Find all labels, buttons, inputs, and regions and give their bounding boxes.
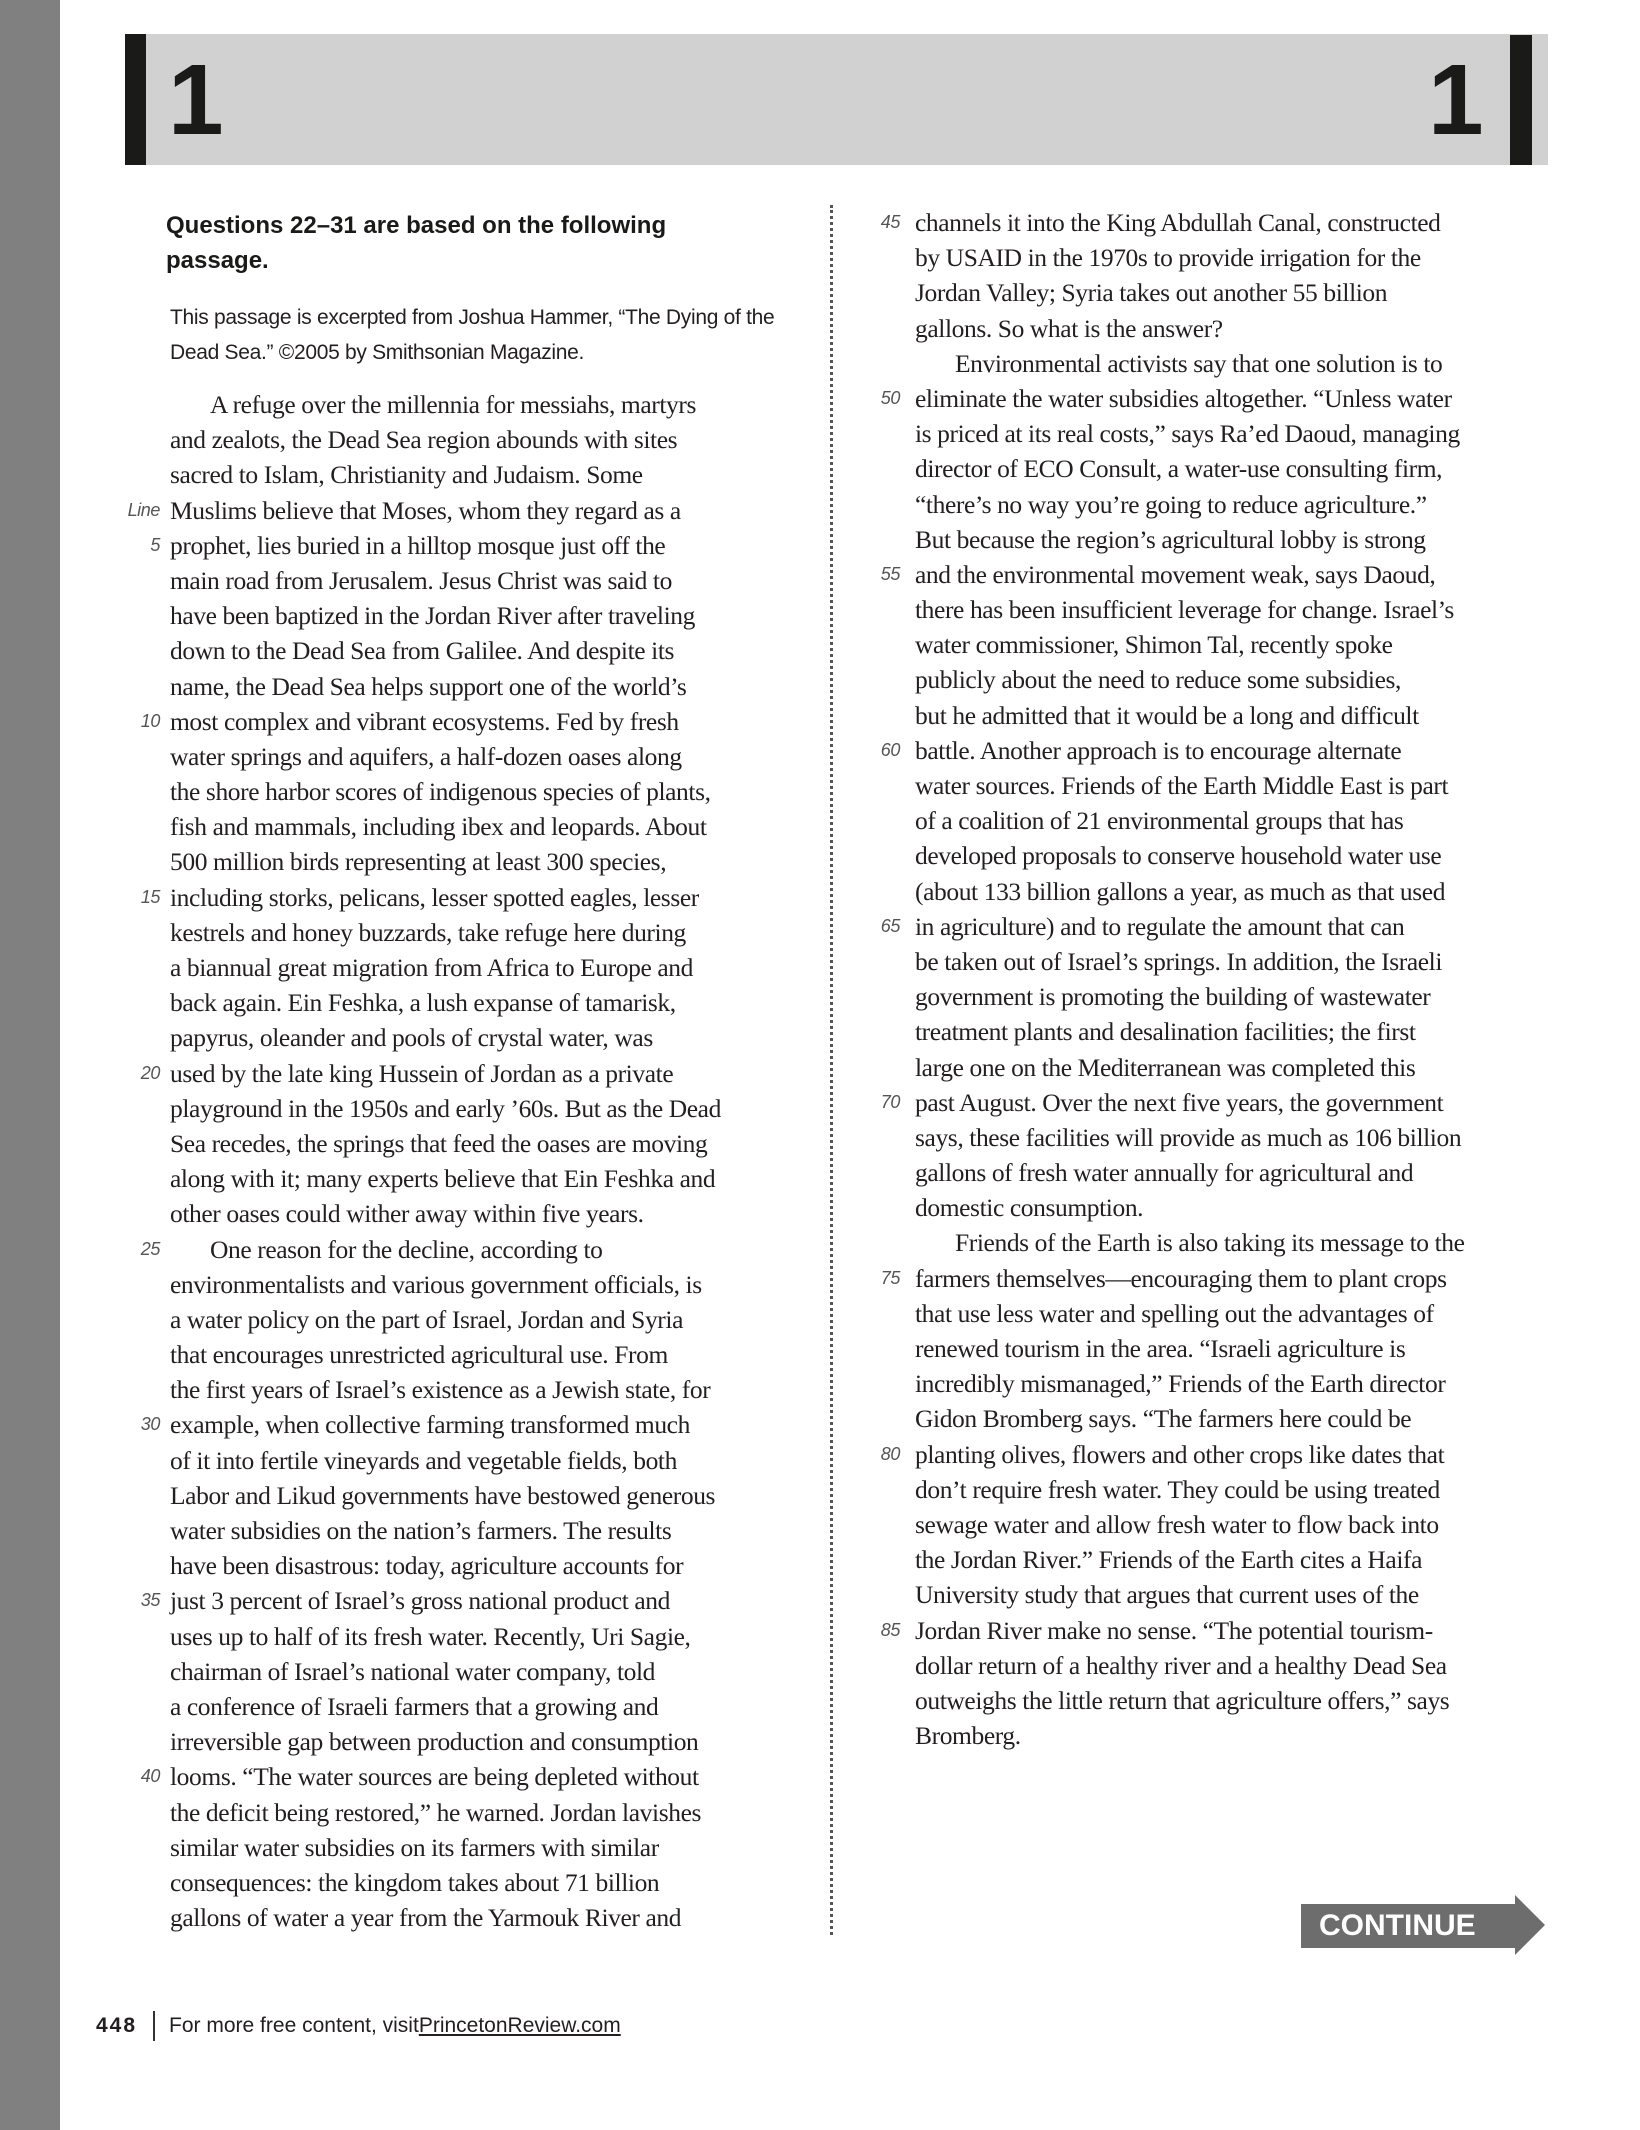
line-text: but he admitted that it would be a long … bbox=[915, 698, 1419, 733]
line-text: battle. Another approach is to encourage… bbox=[915, 733, 1401, 768]
line-text: a water policy on the part of Israel, Jo… bbox=[170, 1302, 683, 1337]
passage-line: Bromberg. bbox=[820, 1718, 1560, 1753]
passage-line: main road from Jerusalem. Jesus Christ w… bbox=[60, 563, 812, 598]
line-text: that use less water and spelling out the… bbox=[915, 1296, 1434, 1331]
line-number: 60 bbox=[800, 733, 900, 768]
line-text: outweighs the little return that agricul… bbox=[915, 1683, 1449, 1718]
passage-line: environmentalists and various government… bbox=[60, 1267, 812, 1302]
passage-line: 85Jordan River make no sense. “The poten… bbox=[820, 1613, 1560, 1648]
passage-line: 15including storks, pelicans, lesser spo… bbox=[60, 880, 812, 915]
line-text: (about 133 billion gallons a year, as mu… bbox=[915, 874, 1445, 909]
line-text: playground in the 1950s and early ’60s. … bbox=[170, 1091, 721, 1126]
passage-line: be taken out of Israel’s springs. In add… bbox=[820, 944, 1560, 979]
passage-line: gallons of water a year from the Yarmouk… bbox=[60, 1900, 812, 1935]
line-text: domestic consumption. bbox=[915, 1190, 1143, 1225]
passage-line: 55and the environmental movement weak, s… bbox=[820, 557, 1560, 592]
line-label: Line bbox=[60, 493, 160, 528]
passage-line: of it into fertile vineyards and vegetab… bbox=[60, 1443, 812, 1478]
line-text: Friends of the Earth is also taking its … bbox=[915, 1225, 1465, 1260]
line-text: just 3 percent of Israel’s gross nationa… bbox=[170, 1583, 670, 1618]
footer-text: For more free content, visit bbox=[169, 2008, 419, 2044]
passage-line: by USAID in the 1970s to provide irrigat… bbox=[820, 240, 1560, 275]
line-text: dollar return of a healthy river and a h… bbox=[915, 1648, 1447, 1683]
line-text: water sources. Friends of the Earth Midd… bbox=[915, 768, 1448, 803]
line-text: is priced at its real costs,” says Ra’ed… bbox=[915, 416, 1460, 451]
line-text: the deficit being restored,” he warned. … bbox=[170, 1795, 701, 1830]
passage-line: water sources. Friends of the Earth Midd… bbox=[820, 768, 1560, 803]
passage-line: similar water subsidies on its farmers w… bbox=[60, 1830, 812, 1865]
passage-line: LineMuslims believe that Moses, whom the… bbox=[60, 493, 812, 528]
arrow-right-icon bbox=[1515, 1895, 1545, 1955]
passage-line: But because the region’s agricultural lo… bbox=[820, 522, 1560, 557]
line-text: looms. “The water sources are being depl… bbox=[170, 1759, 699, 1794]
line-text: Gidon Bromberg says. “The farmers here c… bbox=[915, 1401, 1411, 1436]
passage-line: government is promoting the building of … bbox=[820, 979, 1560, 1014]
passage-line: Labor and Likud governments have bestowe… bbox=[60, 1478, 812, 1513]
line-text: publicly about the need to reduce some s… bbox=[915, 662, 1401, 697]
line-text: University study that argues that curren… bbox=[915, 1577, 1419, 1612]
line-text: channels it into the King Abdullah Canal… bbox=[915, 205, 1441, 240]
line-text: renewed tourism in the area. “Israeli ag… bbox=[915, 1331, 1405, 1366]
passage-line: A refuge over the millennia for messiahs… bbox=[60, 387, 812, 422]
continue-label: CONTINUE bbox=[1319, 1904, 1476, 1948]
footer-separator bbox=[153, 2011, 155, 2041]
line-text: Jordan River make no sense. “The potenti… bbox=[915, 1613, 1433, 1648]
line-text: main road from Jerusalem. Jesus Christ w… bbox=[170, 563, 672, 598]
line-text: and the environmental movement weak, say… bbox=[915, 557, 1435, 592]
passage-line: of a coalition of 21 environmental group… bbox=[820, 803, 1560, 838]
passage-line: 25One reason for the decline, according … bbox=[60, 1232, 812, 1267]
passage-line: Sea recedes, the springs that feed the o… bbox=[60, 1126, 812, 1161]
line-text: fish and mammals, including ibex and leo… bbox=[170, 809, 707, 844]
line-text: used by the late king Hussein of Jordan … bbox=[170, 1056, 673, 1091]
line-number: 10 bbox=[60, 704, 160, 739]
line-text: the Jordan River.” Friends of the Earth … bbox=[915, 1542, 1422, 1577]
line-text: 500 million birds representing at least … bbox=[170, 844, 666, 879]
line-text: the first years of Israel’s existence as… bbox=[170, 1372, 710, 1407]
passage-line: name, the Dead Sea helps support one of … bbox=[60, 669, 812, 704]
passage-line: but he admitted that it would be a long … bbox=[820, 698, 1560, 733]
princeton-review-link[interactable]: PrincetonReview.com bbox=[419, 2008, 621, 2044]
passage-line: is priced at its real costs,” says Ra’ed… bbox=[820, 416, 1560, 451]
line-text: sewage water and allow fresh water to fl… bbox=[915, 1507, 1439, 1542]
passage-line: developed proposals to conserve househol… bbox=[820, 838, 1560, 873]
passage-line: 500 million birds representing at least … bbox=[60, 844, 812, 879]
line-text: environmentalists and various government… bbox=[170, 1267, 702, 1302]
passage-line: the Jordan River.” Friends of the Earth … bbox=[820, 1542, 1560, 1577]
passage-line: University study that argues that curren… bbox=[820, 1577, 1560, 1612]
page-edge-bar bbox=[0, 0, 60, 2130]
line-text: water springs and aquifers, a half-dozen… bbox=[170, 739, 682, 774]
line-text: there has been insufficient leverage for… bbox=[915, 592, 1454, 627]
line-text: One reason for the decline, according to bbox=[170, 1232, 603, 1267]
line-text: Bromberg. bbox=[915, 1718, 1021, 1753]
line-text: treatment plants and desalination facili… bbox=[915, 1014, 1416, 1049]
line-text: gallons. So what is the answer? bbox=[915, 311, 1223, 346]
passage-line: fish and mammals, including ibex and leo… bbox=[60, 809, 812, 844]
passage-line: 45channels it into the King Abdullah Can… bbox=[820, 205, 1560, 240]
line-text: have been disastrous: today, agriculture… bbox=[170, 1548, 683, 1583]
passage-line: irreversible gap between production and … bbox=[60, 1724, 812, 1759]
line-text: says, these facilities will provide as m… bbox=[915, 1120, 1461, 1155]
line-text: along with it; many experts believe that… bbox=[170, 1161, 715, 1196]
passage-line: playground in the 1950s and early ’60s. … bbox=[60, 1091, 812, 1126]
line-text: gallons of water a year from the Yarmouk… bbox=[170, 1900, 681, 1935]
line-text: sacred to Islam, Christianity and Judais… bbox=[170, 457, 643, 492]
passage-line: 65in agriculture) and to regulate the am… bbox=[820, 909, 1560, 944]
passage-line: back again. Ein Feshka, a lush expanse o… bbox=[60, 985, 812, 1020]
passage-line: consequences: the kingdom takes about 71… bbox=[60, 1865, 812, 1900]
line-number: 5 bbox=[60, 528, 160, 563]
line-text: chairman of Israel’s national water comp… bbox=[170, 1654, 655, 1689]
passage-line: and zealots, the Dead Sea region abounds… bbox=[60, 422, 812, 457]
line-text: and zealots, the Dead Sea region abounds… bbox=[170, 422, 677, 457]
line-text: developed proposals to conserve househol… bbox=[915, 838, 1441, 873]
passage-line: other oases could wither away within fiv… bbox=[60, 1196, 812, 1231]
line-text: similar water subsidies on its farmers w… bbox=[170, 1830, 659, 1865]
line-text: most complex and vibrant ecosystems. Fed… bbox=[170, 704, 679, 739]
passage-line: Jordan Valley; Syria takes out another 5… bbox=[820, 275, 1560, 310]
line-text: water subsidies on the nation’s farmers.… bbox=[170, 1513, 671, 1548]
passage-line: domestic consumption. bbox=[820, 1190, 1560, 1225]
passage-line: sewage water and allow fresh water to fl… bbox=[820, 1507, 1560, 1542]
line-text: gallons of fresh water annually for agri… bbox=[915, 1155, 1413, 1190]
passage-line: (about 133 billion gallons a year, as mu… bbox=[820, 874, 1560, 909]
passage-right-column: 45channels it into the King Abdullah Can… bbox=[820, 205, 1560, 1753]
line-text: A refuge over the millennia for messiahs… bbox=[170, 387, 696, 422]
passage-line: the first years of Israel’s existence as… bbox=[60, 1372, 812, 1407]
line-number: 85 bbox=[800, 1613, 900, 1648]
passage-line: 5prophet, lies buried in a hilltop mosqu… bbox=[60, 528, 812, 563]
passage-line: incredibly mismanaged,” Friends of the E… bbox=[820, 1366, 1560, 1401]
line-number: 50 bbox=[800, 381, 900, 416]
section-number-left: 1 bbox=[168, 40, 224, 160]
line-text: eliminate the water subsidies altogether… bbox=[915, 381, 1452, 416]
passage-line: Friends of the Earth is also taking its … bbox=[820, 1225, 1560, 1260]
passage-line: director of ECO Consult, a water-use con… bbox=[820, 451, 1560, 486]
line-number: 15 bbox=[60, 880, 160, 915]
passage-line: that use less water and spelling out the… bbox=[820, 1296, 1560, 1331]
line-text: other oases could wither away within fiv… bbox=[170, 1196, 644, 1231]
line-text: a biannual great migration from Africa t… bbox=[170, 950, 693, 985]
passage-line: 40looms. “The water sources are being de… bbox=[60, 1759, 812, 1794]
line-text: papyrus, oleander and pools of crystal w… bbox=[170, 1020, 653, 1055]
line-text: uses up to half of its fresh water. Rece… bbox=[170, 1619, 691, 1654]
line-text: government is promoting the building of … bbox=[915, 979, 1430, 1014]
line-text: past August. Over the next five years, t… bbox=[915, 1085, 1443, 1120]
passage-line: dollar return of a healthy river and a h… bbox=[820, 1648, 1560, 1683]
passage-line: 35just 3 percent of Israel’s gross natio… bbox=[60, 1583, 812, 1618]
line-number: 80 bbox=[800, 1437, 900, 1472]
passage-line: kestrels and honey buzzards, take refuge… bbox=[60, 915, 812, 950]
line-number: 35 bbox=[60, 1583, 160, 1618]
line-text: the shore harbor scores of indigenous sp… bbox=[170, 774, 711, 809]
line-text: irreversible gap between production and … bbox=[170, 1724, 698, 1759]
passage-line: 20used by the late king Hussein of Jorda… bbox=[60, 1056, 812, 1091]
section-number-right: 1 bbox=[1428, 40, 1484, 160]
passage-left-column: A refuge over the millennia for messiahs… bbox=[60, 387, 812, 1935]
line-text: including storks, pelicans, lesser spott… bbox=[170, 880, 699, 915]
line-text: don’t require fresh water. They could be… bbox=[915, 1472, 1440, 1507]
passage-line: large one on the Mediterranean was compl… bbox=[820, 1050, 1560, 1085]
line-text: large one on the Mediterranean was compl… bbox=[915, 1050, 1415, 1085]
passage-line: 80planting olives, flowers and other cro… bbox=[820, 1437, 1560, 1472]
passage-line: have been disastrous: today, agriculture… bbox=[60, 1548, 812, 1583]
passage-line: along with it; many experts believe that… bbox=[60, 1161, 812, 1196]
line-text: consequences: the kingdom takes about 71… bbox=[170, 1865, 659, 1900]
line-text: But because the region’s agricultural lo… bbox=[915, 522, 1426, 557]
passage-line: a water policy on the part of Israel, Jo… bbox=[60, 1302, 812, 1337]
line-text: farmers themselves—encouraging them to p… bbox=[915, 1261, 1447, 1296]
passage-line: 75farmers themselves—encouraging them to… bbox=[820, 1261, 1560, 1296]
line-number: 70 bbox=[800, 1085, 900, 1120]
passage-line: 10most complex and vibrant ecosystems. F… bbox=[60, 704, 812, 739]
passage-line: treatment plants and desalination facili… bbox=[820, 1014, 1560, 1049]
passage-line: down to the Dead Sea from Galilee. And d… bbox=[60, 633, 812, 668]
line-text: a conference of Israeli farmers that a g… bbox=[170, 1689, 658, 1724]
line-number: 40 bbox=[60, 1759, 160, 1794]
line-text: back again. Ein Feshka, a lush expanse o… bbox=[170, 985, 676, 1020]
line-text: in agriculture) and to regulate the amou… bbox=[915, 909, 1404, 944]
line-text: by USAID in the 1970s to provide irrigat… bbox=[915, 240, 1421, 275]
passage-line: water commissioner, Shimon Tal, recently… bbox=[820, 627, 1560, 662]
line-text: kestrels and honey buzzards, take refuge… bbox=[170, 915, 686, 950]
passage-line: water subsidies on the nation’s farmers.… bbox=[60, 1513, 812, 1548]
passage-line: have been baptized in the Jordan River a… bbox=[60, 598, 812, 633]
line-text: Labor and Likud governments have bestowe… bbox=[170, 1478, 715, 1513]
passage-line: water springs and aquifers, a half-dozen… bbox=[60, 739, 812, 774]
source-note: This passage is excerpted from Joshua Ha… bbox=[170, 300, 810, 370]
line-text: incredibly mismanaged,” Friends of the E… bbox=[915, 1366, 1445, 1401]
passage-line: 60battle. Another approach is to encoura… bbox=[820, 733, 1560, 768]
line-number: 55 bbox=[800, 557, 900, 592]
passage-line: a biannual great migration from Africa t… bbox=[60, 950, 812, 985]
line-number: 75 bbox=[800, 1261, 900, 1296]
passage-line: sacred to Islam, Christianity and Judais… bbox=[60, 457, 812, 492]
line-text: of it into fertile vineyards and vegetab… bbox=[170, 1443, 677, 1478]
passage-line: chairman of Israel’s national water comp… bbox=[60, 1654, 812, 1689]
passage-line: don’t require fresh water. They could be… bbox=[820, 1472, 1560, 1507]
passage-line: that encourages unrestricted agricultura… bbox=[60, 1337, 812, 1372]
line-number: 45 bbox=[800, 205, 900, 240]
passage-line: 50eliminate the water subsidies altogeth… bbox=[820, 381, 1560, 416]
line-text: water commissioner, Shimon Tal, recently… bbox=[915, 627, 1393, 662]
continue-arrow: CONTINUE bbox=[1301, 1895, 1545, 1953]
passage-line: outweighs the little return that agricul… bbox=[820, 1683, 1560, 1718]
line-text: planting olives, flowers and other crops… bbox=[915, 1437, 1444, 1472]
passage-line: 30example, when collective farming trans… bbox=[60, 1407, 812, 1442]
page-number: 448 bbox=[96, 2008, 137, 2044]
passage-line: 70past August. Over the next five years,… bbox=[820, 1085, 1560, 1120]
header-bar-left bbox=[125, 34, 146, 165]
passage-line: renewed tourism in the area. “Israeli ag… bbox=[820, 1331, 1560, 1366]
line-number: 30 bbox=[60, 1407, 160, 1442]
line-number: 25 bbox=[60, 1232, 160, 1267]
line-text: be taken out of Israel’s springs. In add… bbox=[915, 944, 1442, 979]
line-text: of a coalition of 21 environmental group… bbox=[915, 803, 1403, 838]
line-text: “there’s no way you’re going to reduce a… bbox=[915, 487, 1427, 522]
header-bar-right bbox=[1510, 35, 1532, 165]
header-band bbox=[125, 34, 1548, 165]
passage-line: the shore harbor scores of indigenous sp… bbox=[60, 774, 812, 809]
passage-line: publicly about the need to reduce some s… bbox=[820, 662, 1560, 697]
line-text: down to the Dead Sea from Galilee. And d… bbox=[170, 633, 674, 668]
line-text: that encourages unrestricted agricultura… bbox=[170, 1337, 668, 1372]
passage-line: “there’s no way you’re going to reduce a… bbox=[820, 487, 1560, 522]
line-text: Jordan Valley; Syria takes out another 5… bbox=[915, 275, 1387, 310]
passage-line: papyrus, oleander and pools of crystal w… bbox=[60, 1020, 812, 1055]
page-footer: 448 For more free content, visit Princet… bbox=[96, 2008, 621, 2044]
questions-heading: Questions 22–31 are based on the followi… bbox=[166, 208, 726, 278]
line-text: director of ECO Consult, a water-use con… bbox=[915, 451, 1442, 486]
line-text: prophet, lies buried in a hilltop mosque… bbox=[170, 528, 665, 563]
passage-line: uses up to half of its fresh water. Rece… bbox=[60, 1619, 812, 1654]
line-text: example, when collective farming transfo… bbox=[170, 1407, 690, 1442]
passage-line: the deficit being restored,” he warned. … bbox=[60, 1795, 812, 1830]
passage-line: gallons. So what is the answer? bbox=[820, 311, 1560, 346]
passage-line: gallons of fresh water annually for agri… bbox=[820, 1155, 1560, 1190]
passage-line: says, these facilities will provide as m… bbox=[820, 1120, 1560, 1155]
passage-line: Environmental activists say that one sol… bbox=[820, 346, 1560, 381]
line-text: have been baptized in the Jordan River a… bbox=[170, 598, 695, 633]
passage-line: there has been insufficient leverage for… bbox=[820, 592, 1560, 627]
line-text: Environmental activists say that one sol… bbox=[915, 346, 1442, 381]
line-number: 65 bbox=[800, 909, 900, 944]
line-text: Sea recedes, the springs that feed the o… bbox=[170, 1126, 707, 1161]
passage-line: a conference of Israeli farmers that a g… bbox=[60, 1689, 812, 1724]
passage-line: Gidon Bromberg says. “The farmers here c… bbox=[820, 1401, 1560, 1436]
line-text: Muslims believe that Moses, whom they re… bbox=[170, 493, 681, 528]
line-number: 20 bbox=[60, 1056, 160, 1091]
line-text: name, the Dead Sea helps support one of … bbox=[170, 669, 686, 704]
